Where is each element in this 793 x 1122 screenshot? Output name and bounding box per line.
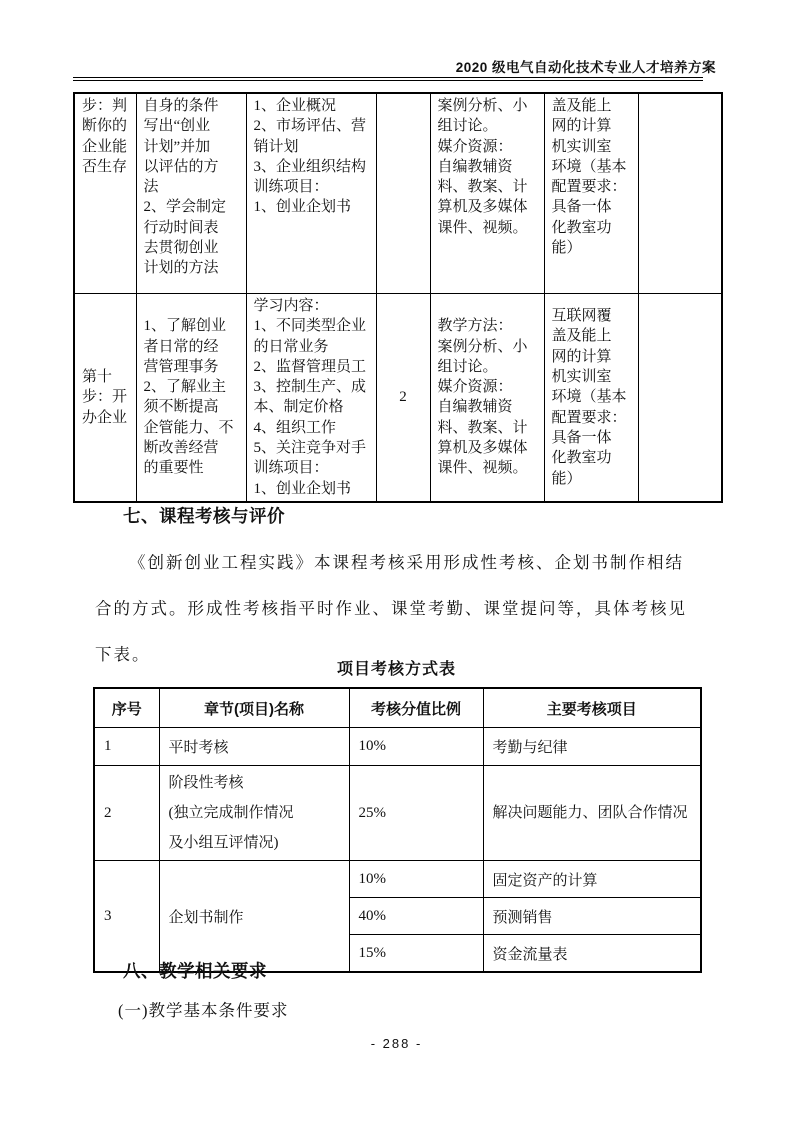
name-cell: 阶段性考核 (独立完成制作情况 及小组互评情况) xyxy=(159,766,349,861)
course-schedule-table: 步：判 断你的 企业能 否生存 自身的条件 写出“创业 计划”并加 以评估的方 … xyxy=(73,92,723,503)
subsection-heading-basic-conditions: (一)教学基本条件要求 xyxy=(118,997,289,1021)
ratio-cell: 15% xyxy=(349,935,483,973)
column-header-item: 主要考核项目 xyxy=(483,688,701,728)
column-header-name: 章节(项目)名称 xyxy=(159,688,349,728)
objective-cell: 自身的条件 写出“创业 计划”并加 以评估的方 法 2、学会制定 行动时间表 去… xyxy=(136,93,246,294)
remark-cell xyxy=(638,93,722,294)
assessment-row: 1 平时考核 10% 考勤与纪律 xyxy=(94,728,701,766)
hours-cell: 2 xyxy=(376,294,430,502)
assessment-row: 3 企划书制作 10% 固定资产的计算 xyxy=(94,861,701,898)
no-cell: 3 xyxy=(94,861,159,973)
course-row-step10: 第十 步：开 办企业 1、了解创业 者日常的经 营管理事务 2、了解业主 须不断… xyxy=(74,294,722,502)
no-cell: 1 xyxy=(94,728,159,766)
ratio-cell: 10% xyxy=(349,861,483,898)
page-number: - 288 - xyxy=(0,1036,793,1051)
remark-cell xyxy=(638,294,722,502)
ratio-cell: 40% xyxy=(349,898,483,935)
page-header-title: 2020 级电气自动化技术专业人才培养方案 xyxy=(456,56,716,76)
objective-cell: 1、了解创业 者日常的经 营管理事务 2、了解业主 须不断提高 企管能力、不 断… xyxy=(136,294,246,502)
environment-cell: 盖及能上 网的计算 机实训室 环境（基本 配置要求： 具备一体 化教室功 能） xyxy=(544,93,638,294)
document-page: 2020 级电气自动化技术专业人才培养方案 步：判 断你的 企业能 否生存 自身… xyxy=(0,0,793,1122)
hours-cell xyxy=(376,93,430,294)
course-row-step9: 步：判 断你的 企业能 否生存 自身的条件 写出“创业 计划”并加 以评估的方 … xyxy=(74,93,722,294)
item-cell: 解决问题能力、团队合作情况 xyxy=(483,766,701,861)
item-cell: 考勤与纪律 xyxy=(483,728,701,766)
name-cell: 企划书制作 xyxy=(159,861,349,973)
assessment-header-row: 序号 章节(项目)名称 考核分值比例 主要考核项目 xyxy=(94,688,701,728)
name-cell: 平时考核 xyxy=(159,728,349,766)
environment-cell: 互联网覆 盖及能上 网的计算 机实训室 环境（基本 配置要求： 具备一体 化教室… xyxy=(544,294,638,502)
assessment-table-title: 项目考核方式表 xyxy=(93,656,700,679)
assessment-table: 序号 章节(项目)名称 考核分值比例 主要考核项目 1 平时考核 10% 考勤与… xyxy=(93,687,702,973)
item-cell: 资金流量表 xyxy=(483,935,701,973)
ratio-cell: 10% xyxy=(349,728,483,766)
method-resource-cell: 教学方法： 案例分析、小 组讨论。 媒介资源： 自编教辅资 料、教案、计 算机及… xyxy=(430,294,544,502)
section-heading-teaching-requirements: 八、教学相关要求 xyxy=(123,958,267,983)
item-cell: 固定资产的计算 xyxy=(483,861,701,898)
step-name-cell: 第十 步：开 办企业 xyxy=(74,294,136,502)
step-name-cell: 步：判 断你的 企业能 否生存 xyxy=(74,93,136,294)
column-header-ratio: 考核分值比例 xyxy=(349,688,483,728)
column-header-no: 序号 xyxy=(94,688,159,728)
content-cell: 学习内容： 1、不同类型企业 的日常业务 2、监督管理员工 3、控制生产、成 本… xyxy=(246,294,376,502)
method-resource-cell: 案例分析、小 组讨论。 媒介资源： 自编教辅资 料、教案、计 算机及多媒体 课件… xyxy=(430,93,544,294)
section-heading-assessment: 七、课程考核与评价 xyxy=(123,503,285,528)
content-cell: 1、企业概况 2、市场评估、营 销计划 3、企业组织结构 训练项目： 1、创业企… xyxy=(246,93,376,294)
ratio-cell: 25% xyxy=(349,766,483,861)
header-double-rule xyxy=(73,77,703,81)
no-cell: 2 xyxy=(94,766,159,861)
item-cell: 预测销售 xyxy=(483,898,701,935)
assessment-row: 2 阶段性考核 (独立完成制作情况 及小组互评情况) 25% 解决问题能力、团队… xyxy=(94,766,701,861)
